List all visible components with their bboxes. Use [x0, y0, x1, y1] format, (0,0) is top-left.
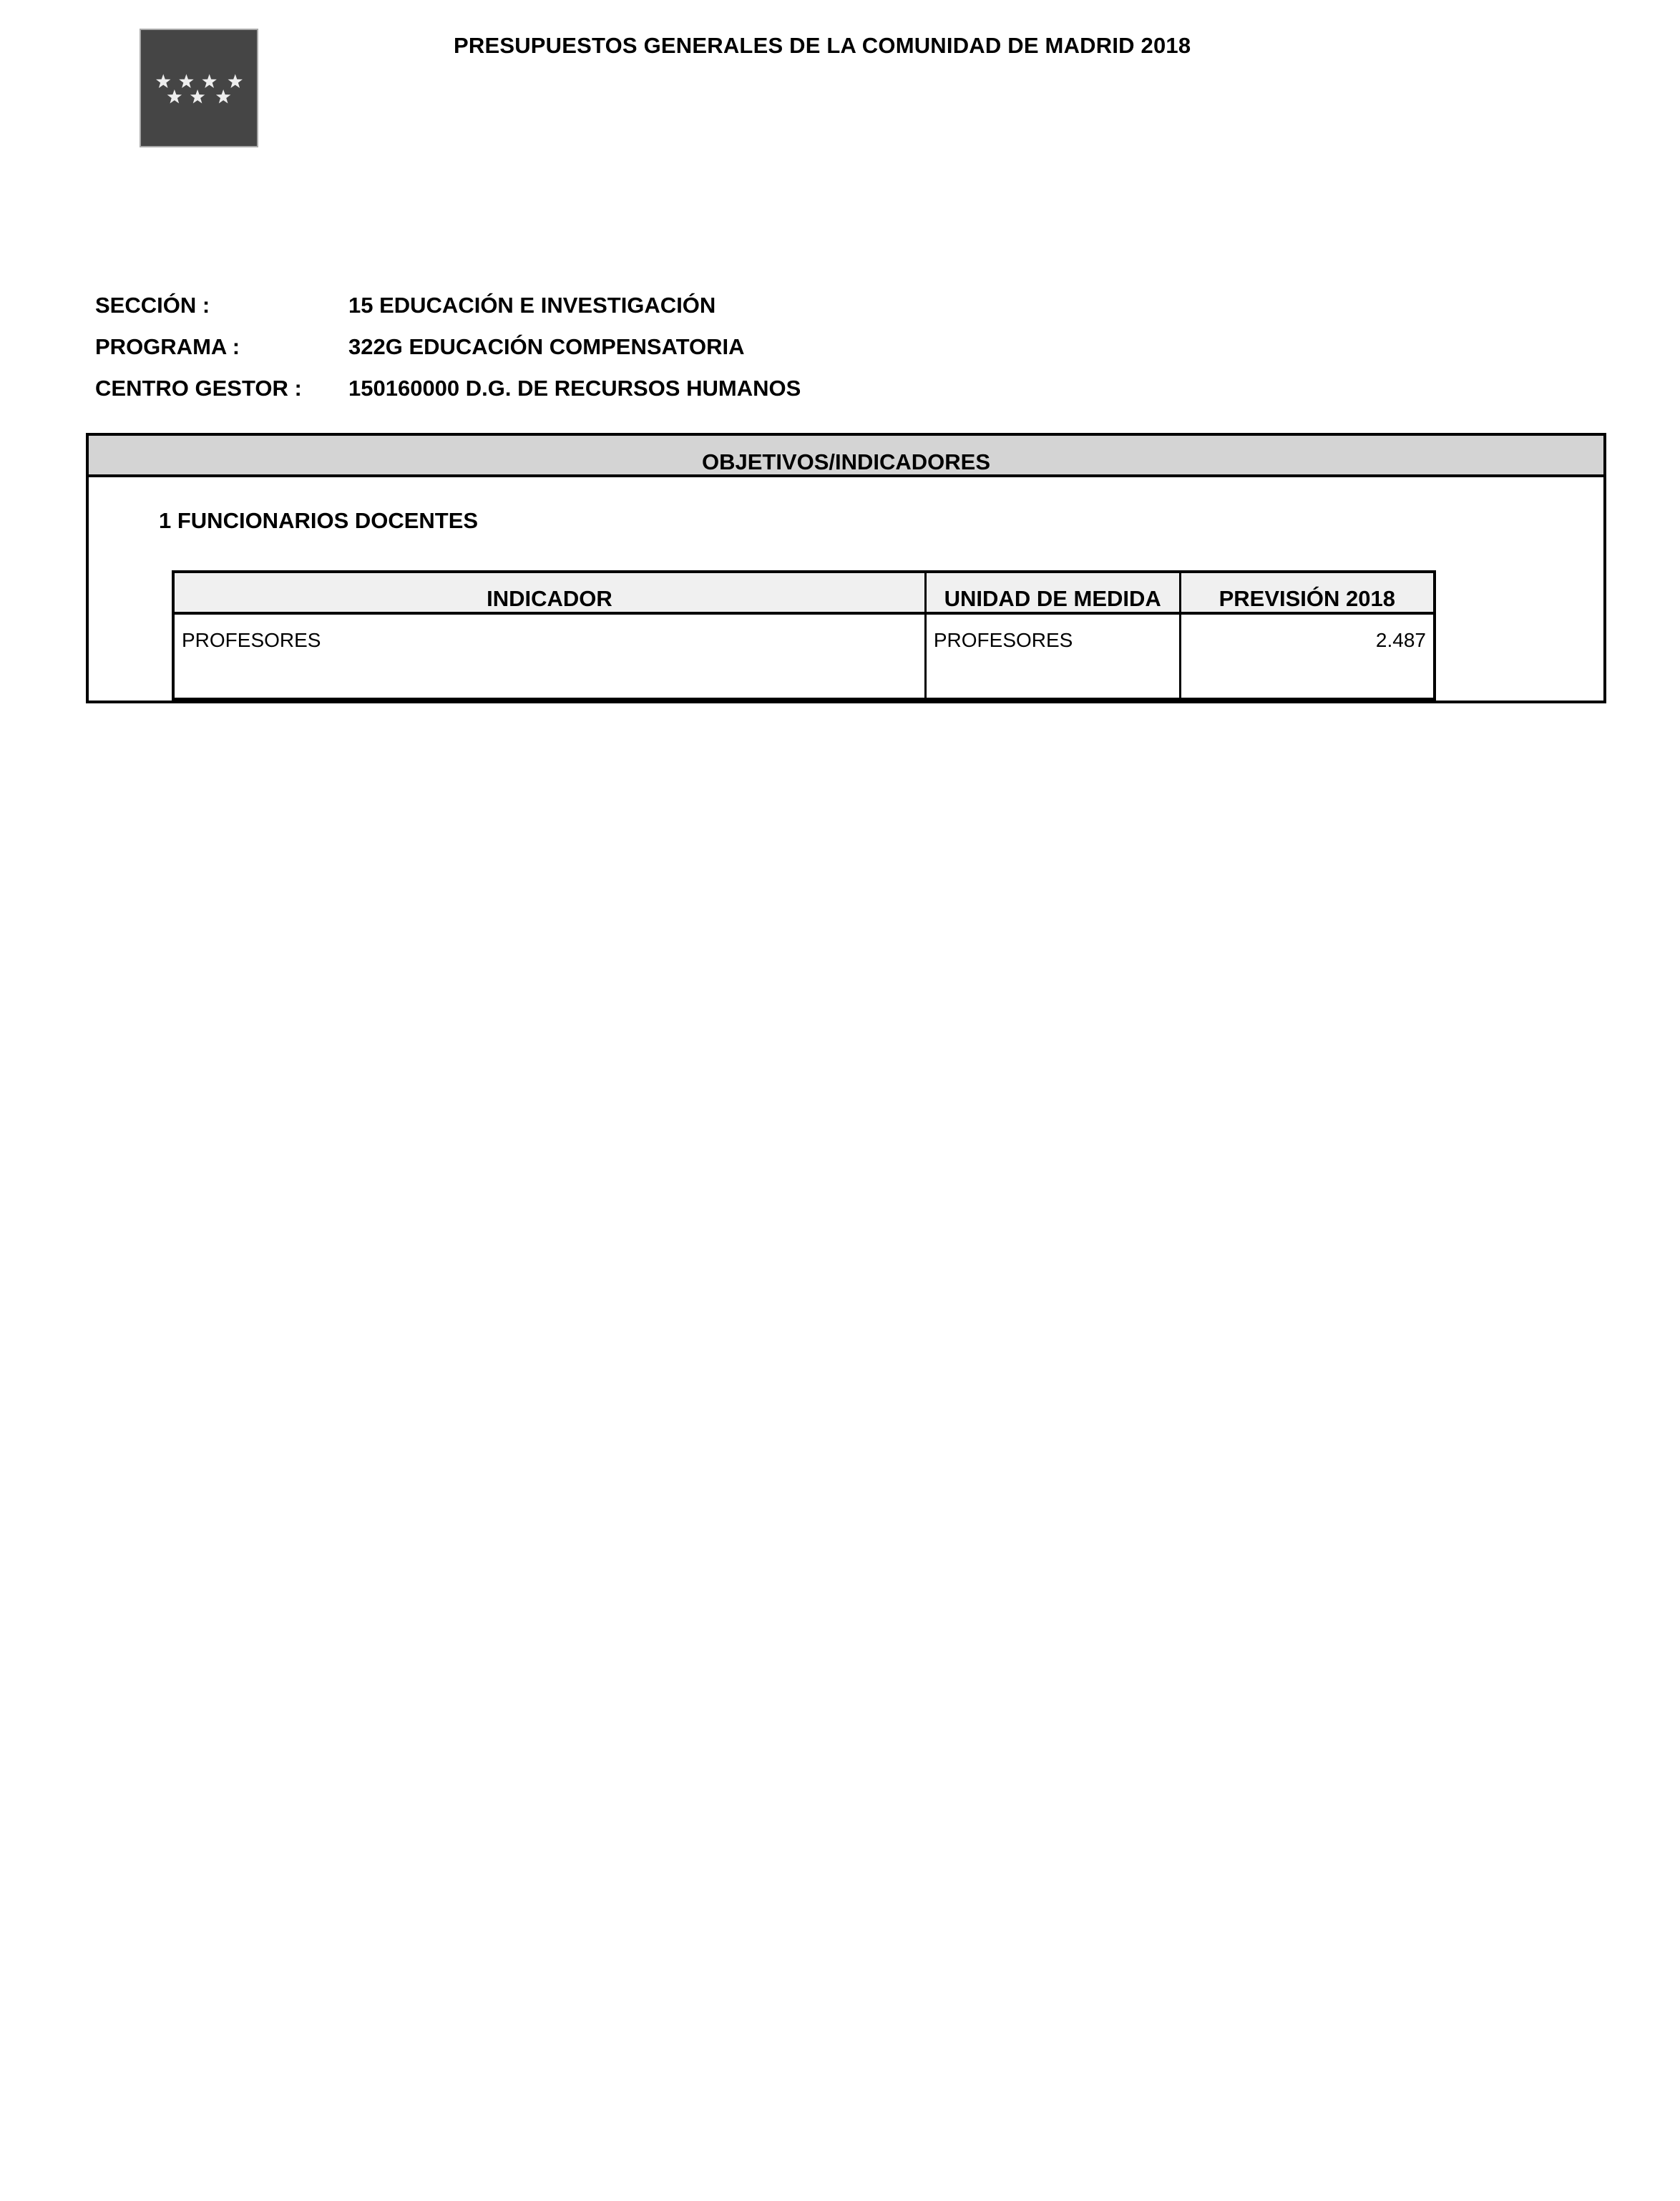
meta-row-seccion: SECCIÓN : 15 EDUCACIÓN E INVESTIGACIÓN — [95, 285, 801, 326]
objective-heading: 1 FUNCIONARIOS DOCENTES — [159, 508, 478, 534]
meta-label: CENTRO GESTOR : — [95, 376, 348, 401]
meta-row-programa: PROGRAMA : 322G EDUCACIÓN COMPENSATORIA — [95, 326, 801, 368]
madrid-logo — [140, 29, 258, 147]
cell-indicador: PROFESORES — [173, 613, 925, 699]
meta-value: 150160000 D.G. DE RECURSOS HUMANOS — [348, 376, 801, 401]
section-header: OBJETIVOS/INDICADORES — [89, 436, 1603, 477]
meta-label: PROGRAMA : — [95, 334, 348, 360]
section-title: OBJETIVOS/INDICADORES — [702, 450, 990, 474]
stars-icon — [141, 30, 257, 146]
table-header-row: INDICADOR UNIDAD DE MEDIDA PREVISIÓN 201… — [173, 572, 1435, 613]
column-header-indicador: INDICADOR — [173, 572, 925, 613]
meta-value: 15 EDUCACIÓN E INVESTIGACIÓN — [348, 293, 716, 318]
meta-row-centro-gestor: CENTRO GESTOR : 150160000 D.G. DE RECURS… — [95, 368, 801, 409]
table-row: PROFESORES PROFESORES 2.487 — [173, 613, 1435, 699]
column-header-unidad: UNIDAD DE MEDIDA — [925, 572, 1180, 613]
indicators-table: INDICADOR UNIDAD DE MEDIDA PREVISIÓN 201… — [172, 570, 1436, 701]
meta-value: 322G EDUCACIÓN COMPENSATORIA — [348, 334, 745, 360]
meta-label: SECCIÓN : — [95, 293, 348, 318]
column-header-prevision: PREVISIÓN 2018 — [1180, 572, 1435, 613]
cell-unidad: PROFESORES — [925, 613, 1180, 699]
document-title: PRESUPUESTOS GENERALES DE LA COMUNIDAD D… — [454, 33, 1191, 59]
program-metadata: SECCIÓN : 15 EDUCACIÓN E INVESTIGACIÓN P… — [95, 285, 801, 409]
cell-prevision: 2.487 — [1180, 613, 1435, 699]
objectives-section: OBJETIVOS/INDICADORES 1 FUNCIONARIOS DOC… — [86, 433, 1606, 703]
